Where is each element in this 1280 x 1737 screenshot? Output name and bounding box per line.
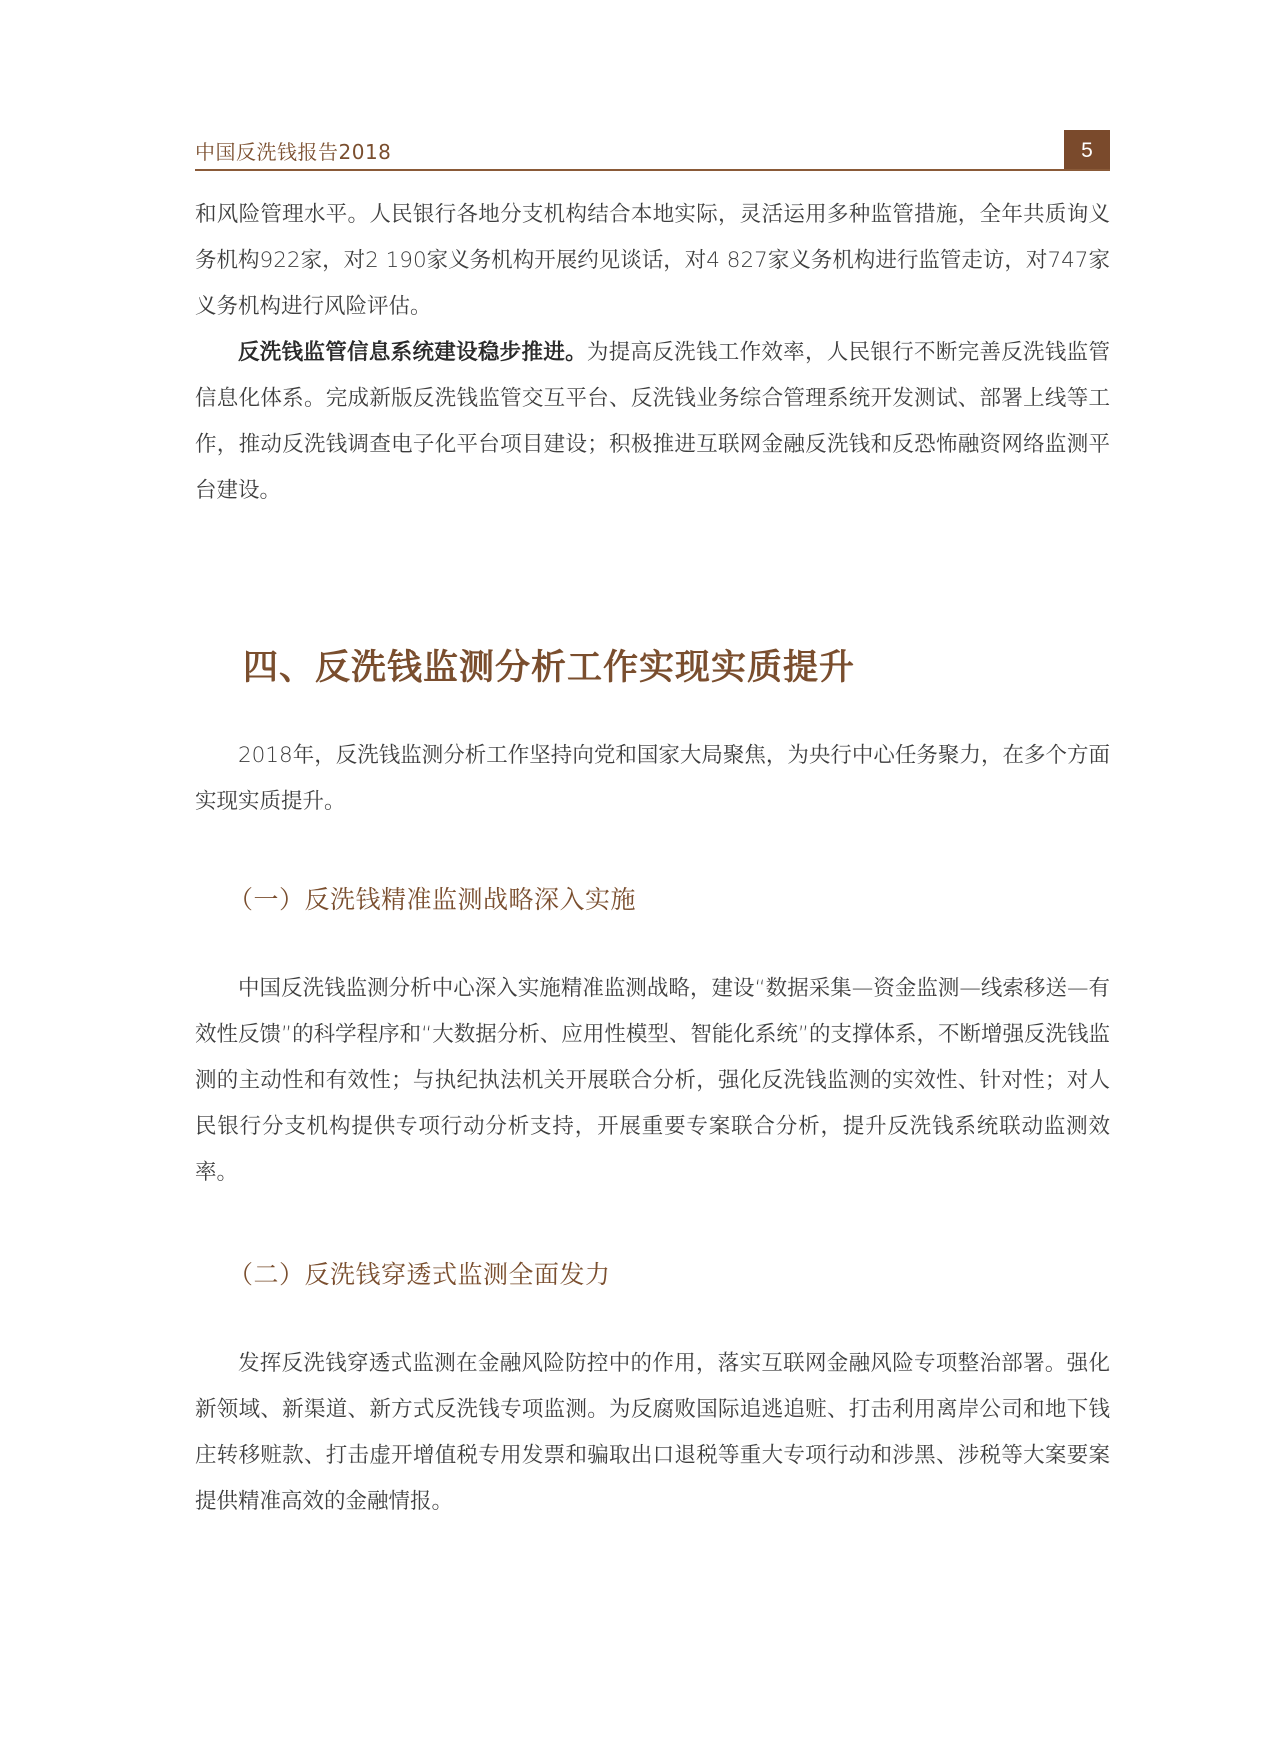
continued-text-block: 和风险管理水平。人民银行各地分支机构结合本地实际，灵活运用多种监管措施，全年共质… bbox=[195, 192, 1110, 330]
paragraph-info-system: 反洗钱监管信息系统建设稳步推进。为提高反洗钱工作效率，人民银行不断完善反洗钱监管… bbox=[195, 330, 1110, 514]
subsection-1-title: （一）反洗钱精准监测战略深入实施 bbox=[228, 880, 1143, 916]
paragraph-risk-management: 和风险管理水平。人民银行各地分支机构结合本地实际，灵活运用多种监管措施，全年共质… bbox=[195, 192, 1110, 330]
report-title: 中国反洗钱报告2018 bbox=[195, 136, 391, 165]
subsection-2-title: （二）反洗钱穿透式监测全面发力 bbox=[228, 1255, 1143, 1291]
paragraph-lead-bold: 反洗钱监管信息系统建设稳步推进。 bbox=[238, 340, 587, 365]
page-number-badge: 5 bbox=[1064, 130, 1110, 171]
section-4-title: 四、反洗钱监测分析工作实现实质提升 bbox=[243, 640, 1158, 690]
subsection-2-body-block: 发挥反洗钱穿透式监测在金融风险防控中的作用，落实互联网金融风险专项整治部署。强化… bbox=[195, 1341, 1110, 1525]
section-4-intro-block: 2018年，反洗钱监测分析工作坚持向党和国家大局聚焦，为央行中心任务聚力，在多个… bbox=[195, 733, 1110, 825]
header-divider bbox=[195, 169, 1110, 171]
subsection-1-body-block: 中国反洗钱监测分析中心深入实施精准监测战略，建设“数据采集—资金监测—线索移送—… bbox=[195, 966, 1110, 1196]
info-system-block: 反洗钱监管信息系统建设稳步推进。为提高反洗钱工作效率，人民银行不断完善反洗钱监管… bbox=[195, 330, 1110, 514]
subsection-1-body: 中国反洗钱监测分析中心深入实施精准监测战略，建设“数据采集—资金监测—线索移送—… bbox=[195, 966, 1110, 1196]
subsection-1-heading-wrap: （一）反洗钱精准监测战略深入实施 bbox=[228, 880, 1143, 916]
section-4-heading-wrap: 四、反洗钱监测分析工作实现实质提升 bbox=[243, 640, 1158, 690]
subsection-2-heading-wrap: （二）反洗钱穿透式监测全面发力 bbox=[228, 1255, 1143, 1291]
section-4-intro: 2018年，反洗钱监测分析工作坚持向党和国家大局聚焦，为央行中心任务聚力，在多个… bbox=[195, 733, 1110, 825]
subsection-2-body: 发挥反洗钱穿透式监测在金融风险防控中的作用，落实互联网金融风险专项整治部署。强化… bbox=[195, 1341, 1110, 1525]
page-header: 中国反洗钱报告2018 5 bbox=[195, 130, 1110, 172]
